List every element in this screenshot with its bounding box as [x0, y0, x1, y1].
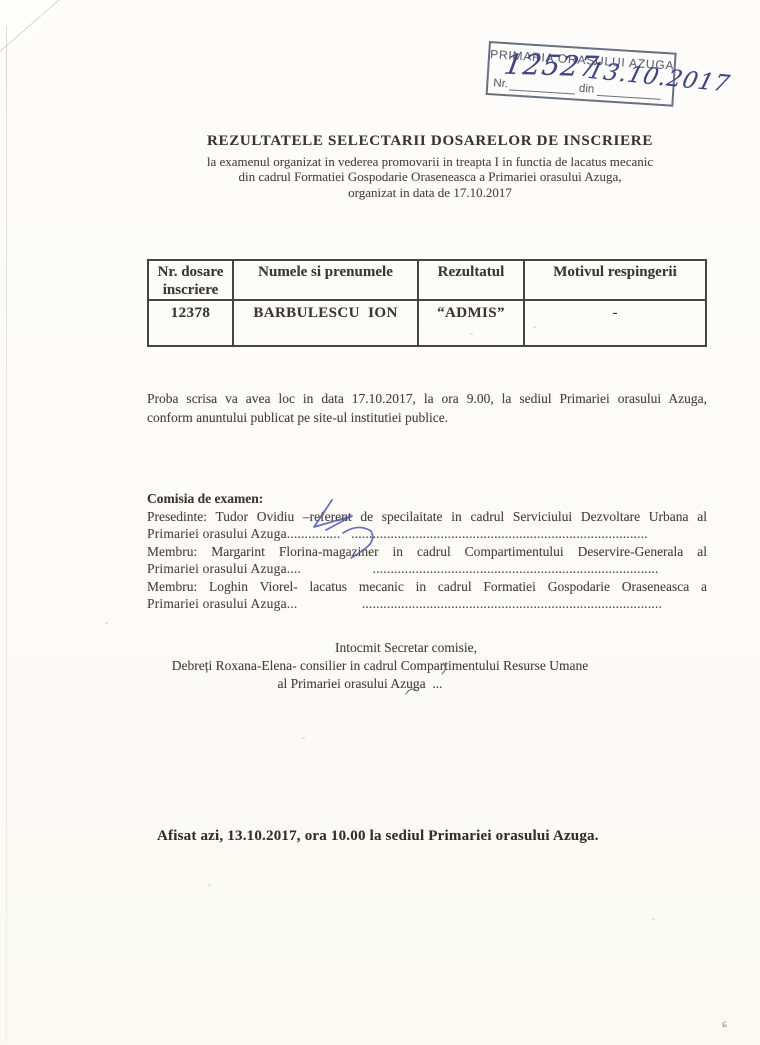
table-header-nr-dosare: Nr. dosare inscriere [149, 261, 234, 301]
results-table: Nr. dosare inscriere Numele si prenumele… [147, 259, 707, 347]
paper-edge-left [6, 26, 7, 1041]
signoff-title: Intocmit Secretar comisie, [26, 640, 760, 656]
commission-line-membru-1: Membru: Margarint Florina-magaziner in c… [147, 543, 707, 561]
scan-speck [105, 622, 108, 624]
table-header-nume: Numele si prenumele [234, 261, 419, 301]
corner-smudge-mark: ɕ [721, 1018, 728, 1031]
scan-speck [652, 918, 655, 920]
commission-line-presedinte: Presedinte: Tudor Ovidiu –referent de sp… [147, 508, 707, 526]
scan-speck [208, 884, 211, 886]
paper-corner-highlight [0, 0, 62, 56]
commission-dotted-line: Primariei orasului Azuga... ............… [147, 595, 707, 613]
subtitle-line: din cadrul Formatiei Gospodarie Orasenea… [80, 169, 760, 184]
commission-line-membru-2: Membru: Loghin Viorel- lacatus mecanic i… [147, 578, 707, 596]
commission-heading: Comisia de examen: [147, 490, 707, 508]
commission-dotted-line: Primariei orasului Azuga.... ...........… [147, 560, 707, 578]
document-subtitle: la examenul organizat in vederea promova… [80, 154, 760, 200]
subtitle-line: organizat in data de 17.10.2017 [80, 185, 760, 200]
exam-notice-paragraph: Proba scrisa va avea loc in data 17.10.2… [147, 390, 707, 427]
table-cell-dosar-nr: 12378 [149, 301, 234, 345]
table-cell-rejection-reason: - [525, 301, 705, 345]
table-header-rezultat: Rezultatul [419, 261, 525, 301]
document-header: REZULTATELE SELECTARII DOSARELOR DE INSC… [80, 133, 760, 200]
subtitle-line: la examenul organizat in vederea promova… [80, 154, 760, 169]
table-header-motiv: Motivul respingerii [525, 261, 705, 301]
scan-speck [302, 737, 305, 739]
commission-section: Comisia de examen: Presedinte: Tudor Ovi… [147, 490, 707, 613]
scanned-document: PRIMARIA ORAȘULUI AZUGA Nr. din 12527 13… [0, 0, 760, 1045]
notice-line: Proba scrisa va avea loc in data 17.10.2… [147, 390, 707, 409]
notice-line: conform anuntului publicat pe site-ul in… [147, 409, 707, 428]
registration-stamp: PRIMARIA ORAȘULUI AZUGA Nr. din 12527 13… [486, 41, 677, 107]
signoff-secretary-name: Debreți Roxana-Elena- consilier in cadru… [0, 658, 760, 674]
table-cell-result: “ADMIS” [419, 301, 525, 345]
signoff-institution: al Primariei orasului Azuga ... [0, 676, 740, 692]
document-title: REZULTATELE SELECTARII DOSARELOR DE INSC… [80, 133, 760, 150]
commission-dotted-line: Primariei orasului Azuga............... … [147, 525, 707, 543]
stamp-din-label: din [579, 83, 595, 96]
table-cell-candidate-name: BARBULESCU ION [234, 301, 419, 345]
posting-statement: Afisat azi, 13.10.2017, ora 10.00 la sed… [157, 828, 599, 845]
